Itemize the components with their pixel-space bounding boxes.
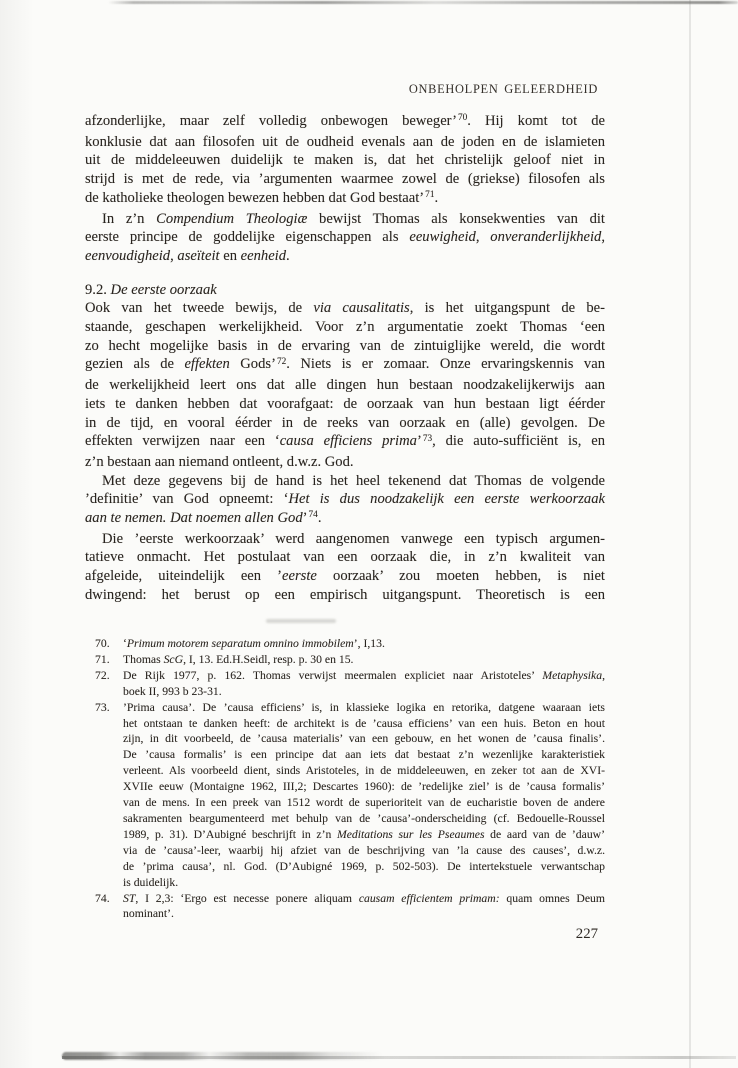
paragraph: Ook van het tweede bewijs, de via causal… xyxy=(85,299,605,471)
footnote-line: verleent. Als voorbeeld dient, sinds Ari… xyxy=(123,763,605,779)
footnotes: 70.‘Primum motorem separatum omnino immo… xyxy=(85,636,605,922)
text-line: ’definitie’ van God opneemt: ‘Het is dus… xyxy=(85,490,605,509)
footnote-line: De Rijk 1977, p. 162. Thomas verwijst me… xyxy=(123,668,605,684)
text-line: eerste principe de goddelijke eigenschap… xyxy=(85,228,605,247)
footnote-line: zijn, in dit voorbeeld, de ’causa materi… xyxy=(123,731,605,747)
page-number: 227 xyxy=(85,926,598,943)
text-line: effekten verwijzen naar een ‘causa effic… xyxy=(85,432,605,453)
footnote-number: 73. xyxy=(95,700,110,716)
text-line: de werkelijkheid leert ons dat alle ding… xyxy=(85,376,605,395)
text-line: uit de middeleeuwen duidelijk te maken i… xyxy=(85,151,605,170)
footnote-number: 72. xyxy=(95,668,110,684)
main-text: afzonderlijke, maar zelf volledig onbewo… xyxy=(85,112,605,605)
footnote-line: De ’causa formalis’ is een principe dat … xyxy=(123,747,605,763)
text-line: konklusie dat aan filosofen uit de oudhe… xyxy=(85,133,605,152)
paragraph: Die ’eerste werkoorzaak’ werd aangenomen… xyxy=(85,530,605,605)
text-line: dwingend: het berust op een empirisch ui… xyxy=(85,586,605,605)
text-line: zo hecht mogelijke basis in de ervaring … xyxy=(85,337,605,356)
text-line: strijd is met de rede, via ’argumenten w… xyxy=(85,170,605,189)
text-line: tatieve onmacht. Het postulaat van een o… xyxy=(85,548,605,567)
footnote: 71.Thomas ScG, I, 13. Ed.H.Seidl, resp. … xyxy=(85,652,605,668)
footnote-ref: 72 xyxy=(277,357,286,367)
footnote-number: 70. xyxy=(95,636,110,652)
footnote-line: ST, I 2,3: ‘Ergo est necesse ponere aliq… xyxy=(123,891,605,907)
scan-shadow-line xyxy=(689,0,691,1068)
footnote: 70.‘Primum motorem separatum omnino immo… xyxy=(85,636,605,652)
scan-left-shade xyxy=(0,0,34,1068)
paragraph: Met deze gegevens bij de hand is het hee… xyxy=(85,472,605,530)
footnote-line: is duidelijk. xyxy=(123,875,605,891)
footnote-line: via de ’causa’-leer, waarbij hij afziet … xyxy=(123,843,605,859)
section-heading: 9.2. De eerste oorzaak xyxy=(85,281,605,300)
footnote: 72.De Rijk 1977, p. 162. Thomas verwijst… xyxy=(85,668,605,700)
footnote-line: ’Prima causa’. De ’causa efficiens’ is, … xyxy=(123,700,605,716)
text-line: eenvoudigheid, aseïteit en eenheid. xyxy=(85,247,605,266)
text-line: aan te nemen. Dat noemen allen God’74. xyxy=(85,509,605,530)
footnote: 73.’Prima causa’. De ’causa efficiens’ i… xyxy=(85,700,605,891)
footnote-ref: 74 xyxy=(309,510,318,520)
footnote-line: van de mens. In een preek van 1512 wordt… xyxy=(123,795,605,811)
paragraph: afzonderlijke, maar zelf volledig onbewo… xyxy=(85,112,605,210)
text-line: Met deze gegevens bij de hand is het hee… xyxy=(85,472,605,491)
text-line: de katholieke theologen bewezen hebben d… xyxy=(85,189,605,210)
text-line: afgeleide, uiteindelijk een ’eerste oorz… xyxy=(85,567,605,586)
text-line: iets te danken hebben dat voorafgaat: de… xyxy=(85,395,605,414)
text-line: Ook van het tweede bewijs, de via causal… xyxy=(85,299,605,318)
footnote-ref: 71 xyxy=(425,190,434,200)
footnote-line: ‘Primum motorem separatum omnino immobil… xyxy=(123,636,605,652)
footnote-line: boek II, 993 b 23-31. xyxy=(123,684,605,700)
footnote-line: XVIIe eeuw (Montaigne 1962, III,2; Desca… xyxy=(123,779,605,795)
footnote-number: 74. xyxy=(95,891,110,907)
text-line: in de tijd, en vooral éérder in de reeks… xyxy=(85,414,605,433)
text-line: In z’n Compendium Theologiæ bewijst Thom… xyxy=(85,210,605,229)
paragraph: In z’n Compendium Theologiæ bewijst Thom… xyxy=(85,210,605,266)
text-line: 9.2. De eerste oorzaak xyxy=(85,281,605,300)
footnote-line: sakramenten beargumenteerd met behulp va… xyxy=(123,811,605,827)
text-line: gezien als de effekten Gods’72. Niets is… xyxy=(85,355,605,376)
footnote-ref: 73 xyxy=(423,434,432,444)
footnote-line: Thomas ScG, I, 13. Ed.H.Seidl, resp. p. … xyxy=(123,652,605,668)
footnote-line: het ontstaan te danken heeft: de archite… xyxy=(123,716,605,732)
footnote-line: 1989, p. 31). D’Aubigné beschrijft in z’… xyxy=(123,827,605,843)
footnote-line: de ’prima causa’, nl. God. (D’Aubigné 19… xyxy=(123,859,605,875)
footnote-number: 71. xyxy=(95,652,110,668)
text-line: z’n bestaan aan niemand ontleent, d.w.z.… xyxy=(85,453,605,472)
running-header: ONBEHOLPEN GELEERDHEID xyxy=(85,82,598,97)
book-page: ONBEHOLPEN GELEERDHEID afzonderlijke, ma… xyxy=(0,0,738,1068)
footnote-line: nominant’. xyxy=(123,906,605,922)
scan-artifact-bottom-blob xyxy=(62,1052,382,1060)
text-line: afzonderlijke, maar zelf volledig onbewo… xyxy=(85,112,605,133)
footnote-ref: 70 xyxy=(458,113,467,123)
footnote: 74.ST, I 2,3: ‘Ergo est necesse ponere a… xyxy=(85,891,605,923)
text-line: Die ’eerste werkoorzaak’ werd aangenomen… xyxy=(85,530,605,549)
scan-artifact-mid xyxy=(266,619,336,623)
scan-artifact-top xyxy=(108,1,738,4)
text-line: staande, geschapen werkelijkheid. Voor z… xyxy=(85,318,605,337)
